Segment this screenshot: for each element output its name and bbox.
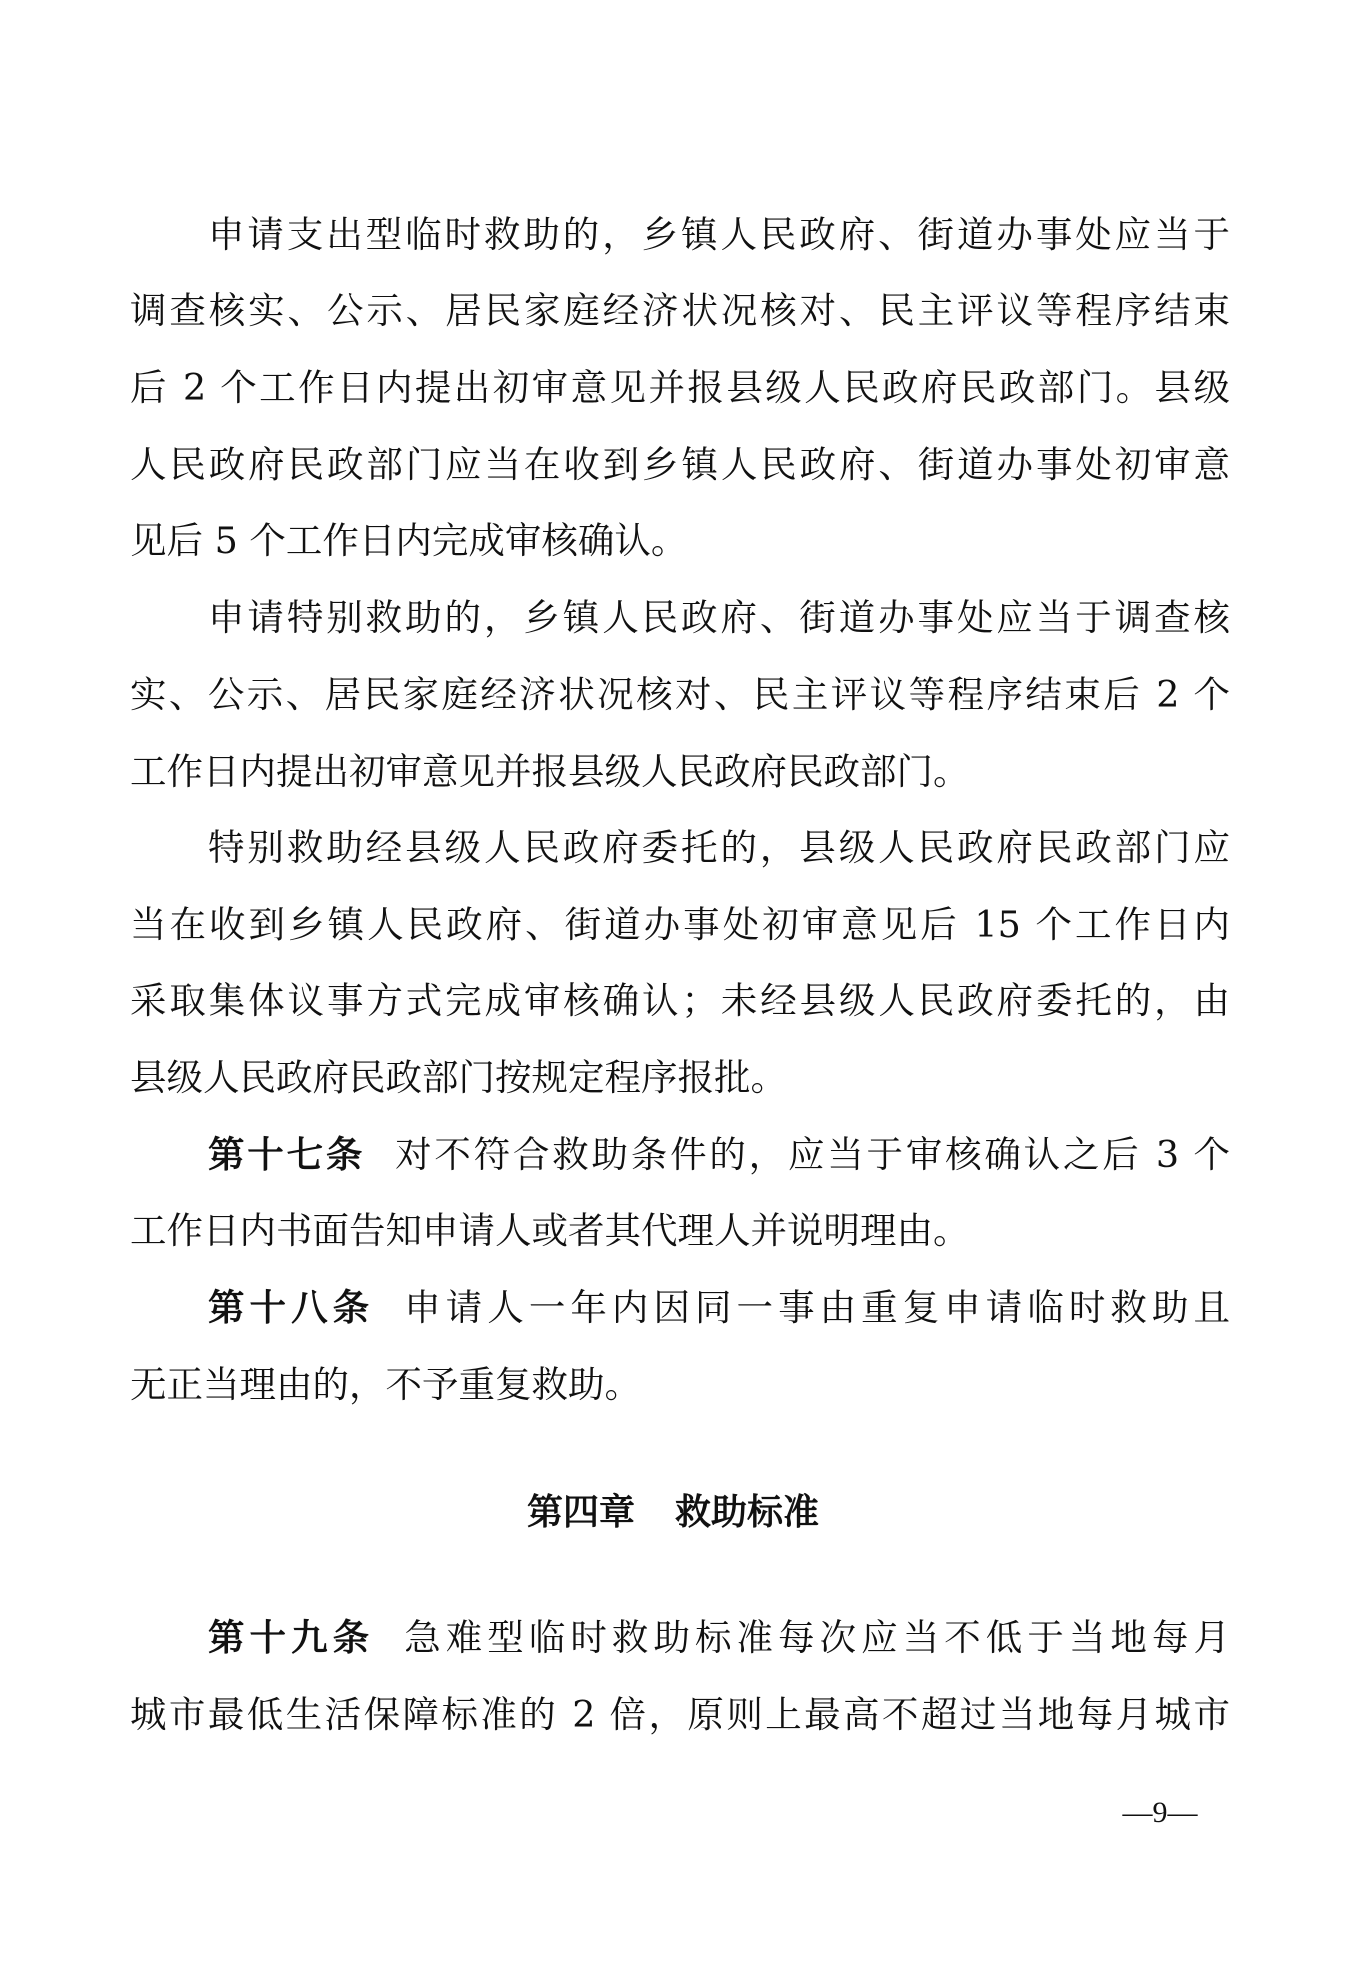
chapter-title-text: 救助标准	[675, 1492, 819, 1533]
page-number: —9—	[1110, 1793, 1210, 1833]
text-line: 调查核实、公示、居民家庭经济状况核对、民主评议等程序结束	[130, 287, 1230, 335]
text-line: 工作日内提出初审意见并报县级人民政府民政部门。	[130, 748, 1230, 796]
text-line: 申请特别救助的，乡镇人民政府、街道办事处应当于调查核	[208, 594, 1230, 642]
article-text: 急难型临时救助标准每次应当不低于当地每月	[404, 1616, 1230, 1659]
chapter-number: 第四章	[527, 1492, 635, 1533]
text-line: 采取集体议事方式完成审核确认；未经县级人民政府委托的，由	[130, 977, 1230, 1025]
text-line: 城市最低生活保障标准的 2 倍，原则上最高不超过当地每月城市	[130, 1691, 1230, 1739]
text-line: 实、公示、居民家庭经济状况核对、民主评议等程序结束后 2 个	[130, 671, 1230, 719]
text-line: 当在收到乡镇人民政府、街道办事处初审意见后 15 个工作日内	[130, 901, 1230, 949]
text-line: 申请支出型临时救助的，乡镇人民政府、街道办事处应当于	[208, 211, 1230, 259]
article-text: 对不符合救助条件的，应当于审核确认之后 3 个	[395, 1133, 1230, 1176]
text-line: 人民政府民政部门应当在收到乡镇人民政府、街道办事处初审意	[130, 441, 1230, 489]
chapter-heading: 第四章救助标准	[0, 1488, 1346, 1538]
text-line: 工作日内书面告知申请人或者其代理人并说明理由。	[130, 1207, 1230, 1255]
text-line: 后 2 个工作日内提出初审意见并报县级人民政府民政部门。县级	[130, 364, 1230, 412]
text-line: 无正当理由的，不予重复救助。	[130, 1361, 1230, 1409]
article-label: 第十八条	[208, 1286, 374, 1329]
article-text: 申请人一年内因同一事由重复申请临时救助且	[404, 1286, 1230, 1329]
text-line: 县级人民政府民政部门按规定程序报批。	[130, 1054, 1230, 1102]
text-line: 特别救助经县级人民政府委托的，县级人民政府民政部门应	[208, 824, 1230, 872]
article-19-line: 第十九条急难型临时救助标准每次应当不低于当地每月	[208, 1614, 1230, 1662]
article-label: 第十七条	[208, 1133, 365, 1176]
article-18-line: 第十八条申请人一年内因同一事由重复申请临时救助且	[208, 1284, 1230, 1332]
document-page: 申请支出型临时救助的，乡镇人民政府、街道办事处应当于 调查核实、公示、居民家庭经…	[0, 0, 1346, 1962]
article-17-line: 第十七条对不符合救助条件的，应当于审核确认之后 3 个	[208, 1131, 1230, 1179]
article-label: 第十九条	[208, 1616, 374, 1659]
text-line: 见后 5 个工作日内完成审核确认。	[130, 517, 1230, 565]
